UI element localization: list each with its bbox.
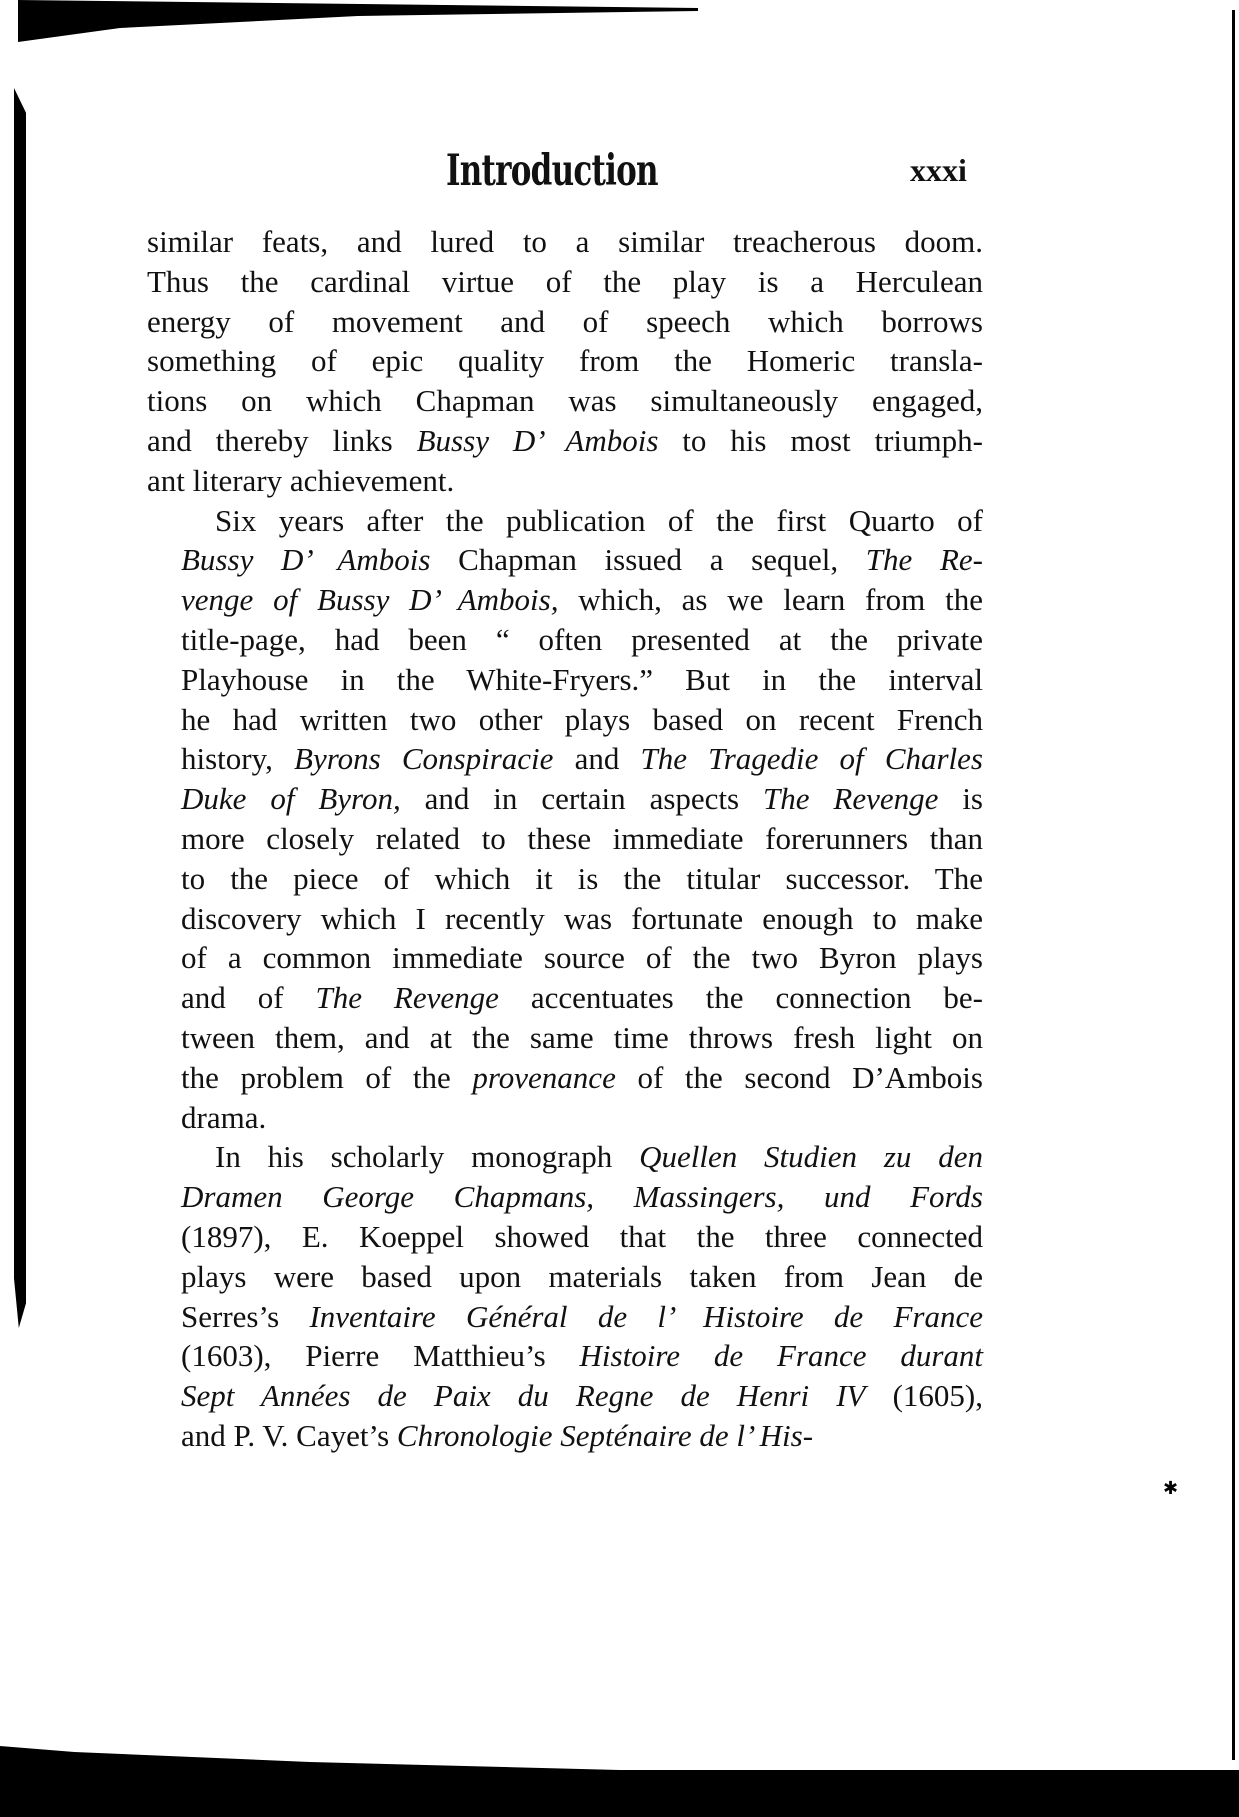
text-line: something of epic quality from the Homer… <box>147 341 983 381</box>
text-run: tions on which Chapman was simultaneousl… <box>147 383 983 418</box>
text-line: Thus the cardinal virtue of the play is … <box>147 262 983 302</box>
text-line: Playhouse in the White-Fryers.” But in t… <box>147 660 983 700</box>
text-line: the problem of the provenance of the sec… <box>147 1058 983 1098</box>
text-line: tions on which Chapman was simultaneousl… <box>147 381 983 421</box>
text-run: discovery which I recently was fortunate… <box>181 901 983 936</box>
italic-title: Duke of Byron, <box>181 781 401 816</box>
text-line: history, Byrons Conspiracie and The Trag… <box>147 739 983 779</box>
italic-title: Dramen George Chapmans, Massingers, und … <box>181 1179 983 1214</box>
italic-title: Quellen Studien zu den <box>639 1139 983 1174</box>
text-run: In his scholarly monograph <box>215 1139 639 1174</box>
text-run: plays were based upon materials taken fr… <box>181 1259 983 1294</box>
text-run: more closely related to these immediate … <box>181 821 983 856</box>
text-run: accentuates the connection be- <box>499 980 983 1015</box>
text-line: venge of Bussy D’ Ambois, which, as we l… <box>147 580 983 620</box>
page-number: xxxi <box>910 152 967 189</box>
text-run: similar feats, and lured to a similar tr… <box>147 224 983 259</box>
italic-title: The Tragedie of Charles <box>641 741 984 776</box>
text-line: energy of movement and of speech which b… <box>147 302 983 342</box>
text-line: Sept Années de Paix du Regne de Henri IV… <box>147 1376 983 1416</box>
text-run: of a common immediate source of the two … <box>181 940 983 975</box>
text-run: tween them, and at the same time throws … <box>181 1020 983 1055</box>
text-run: to his most triumph- <box>658 423 983 458</box>
body-text: similar feats, and lured to a similar tr… <box>147 222 983 1456</box>
text-line: drama. <box>147 1098 983 1138</box>
text-run: Thus the cardinal virtue of the play is … <box>147 264 983 299</box>
scan-edge-bottom <box>0 1740 1239 1817</box>
text-run: something of epic quality from the Homer… <box>147 343 983 378</box>
italic-title: provenance <box>472 1060 615 1095</box>
text-run: and thereby links <box>147 423 417 458</box>
text-line: and P. V. Cayet’s Chronologie Septénaire… <box>147 1416 983 1456</box>
italic-title: The Re- <box>866 542 983 577</box>
scan-edge-left <box>14 88 26 1328</box>
text-line: In his scholarly monograph Quellen Studi… <box>147 1137 983 1177</box>
text-run: and of <box>181 980 315 1015</box>
scan-edge-right <box>1232 10 1235 1760</box>
italic-title: Sept Années de Paix du Regne de Henri IV <box>181 1378 866 1413</box>
text-line: Serres’s Inventaire Général de l’ Histoi… <box>147 1297 983 1337</box>
italic-title: Byrons Conspiracie <box>294 741 553 776</box>
text-line: ant literary achievement. <box>147 461 983 501</box>
text-line: and thereby links Bussy D’ Ambois to his… <box>147 421 983 461</box>
text-line: to the piece of which it is the titular … <box>147 859 983 899</box>
paragraph: In his scholarly monograph Quellen Studi… <box>147 1137 983 1455</box>
running-head: Introduction xxxi <box>0 146 1239 196</box>
italic-title: Bussy D’ Ambois <box>181 542 430 577</box>
text-run: ant literary achievement. <box>147 463 454 498</box>
paragraph: similar feats, and lured to a similar tr… <box>147 222 983 501</box>
text-line: title-page, had been “ often presented a… <box>147 620 983 660</box>
text-run: of the second D’Ambois <box>616 1060 983 1095</box>
text-run: and P. V. Cayet’s <box>181 1418 397 1453</box>
italic-title: Histoire de France durant <box>580 1338 983 1373</box>
italic-title: venge of Bussy D’ Ambois, <box>181 582 558 617</box>
text-run: to the piece of which it is the titular … <box>181 861 983 896</box>
italic-title: The Revenge <box>763 781 938 816</box>
italic-title: Bussy D’ Ambois <box>417 423 659 458</box>
text-line: he had written two other plays based on … <box>147 700 983 740</box>
text-run: Six years after the publication of the f… <box>215 503 983 538</box>
text-line: of a common immediate source of the two … <box>147 938 983 978</box>
text-run: is <box>938 781 983 816</box>
text-line: more closely related to these immediate … <box>147 819 983 859</box>
text-line: plays were based upon materials taken fr… <box>147 1257 983 1297</box>
text-line: Six years after the publication of the f… <box>147 501 983 541</box>
text-run: (1603), Pierre Matthieu’s <box>181 1338 580 1373</box>
text-run: the problem of the <box>181 1060 472 1095</box>
italic-title: Inventaire Général de l’ Histoire de Fra… <box>309 1299 983 1334</box>
text-line: similar feats, and lured to a similar tr… <box>147 222 983 262</box>
text-run: energy of movement and of speech which b… <box>147 304 983 339</box>
text-line: tween them, and at the same time throws … <box>147 1018 983 1058</box>
italic-title: The Revenge <box>315 980 498 1015</box>
text-run: he had written two other plays based on … <box>181 702 983 737</box>
text-line: and of The Revenge accentuates the conne… <box>147 978 983 1018</box>
text-line: Dramen George Chapmans, Massingers, und … <box>147 1177 983 1217</box>
text-run: and in certain aspects <box>401 781 763 816</box>
text-run: Chapman issued a sequel, <box>430 542 865 577</box>
italic-title: Chronologie Septénaire de l’ His- <box>397 1418 813 1453</box>
text-line: (1897), E. Koeppel showed that the three… <box>147 1217 983 1257</box>
text-line: (1603), Pierre Matthieu’s Histoire de Fr… <box>147 1336 983 1376</box>
text-line: Bussy D’ Ambois Chapman issued a sequel,… <box>147 540 983 580</box>
scan-edge-top <box>18 0 698 42</box>
text-run: Playhouse in the White-Fryers.” But in t… <box>181 662 983 697</box>
text-line: Duke of Byron, and in certain aspects Th… <box>147 779 983 819</box>
text-run: which, as we learn from the <box>558 582 983 617</box>
text-line: discovery which I recently was fortunate… <box>147 899 983 939</box>
text-run: history, <box>181 741 294 776</box>
text-run: Serres’s <box>181 1299 309 1334</box>
text-run: and <box>553 741 640 776</box>
text-run: title-page, had been “ often presented a… <box>181 622 983 657</box>
ink-blot-mark: ✱ <box>1163 1478 1178 1499</box>
text-run: (1605), <box>866 1378 984 1413</box>
paragraph: Six years after the publication of the f… <box>147 501 983 1138</box>
running-title: Introduction <box>446 146 658 196</box>
text-run: drama. <box>181 1100 266 1135</box>
text-run: (1897), E. Koeppel showed that the three… <box>181 1219 983 1254</box>
